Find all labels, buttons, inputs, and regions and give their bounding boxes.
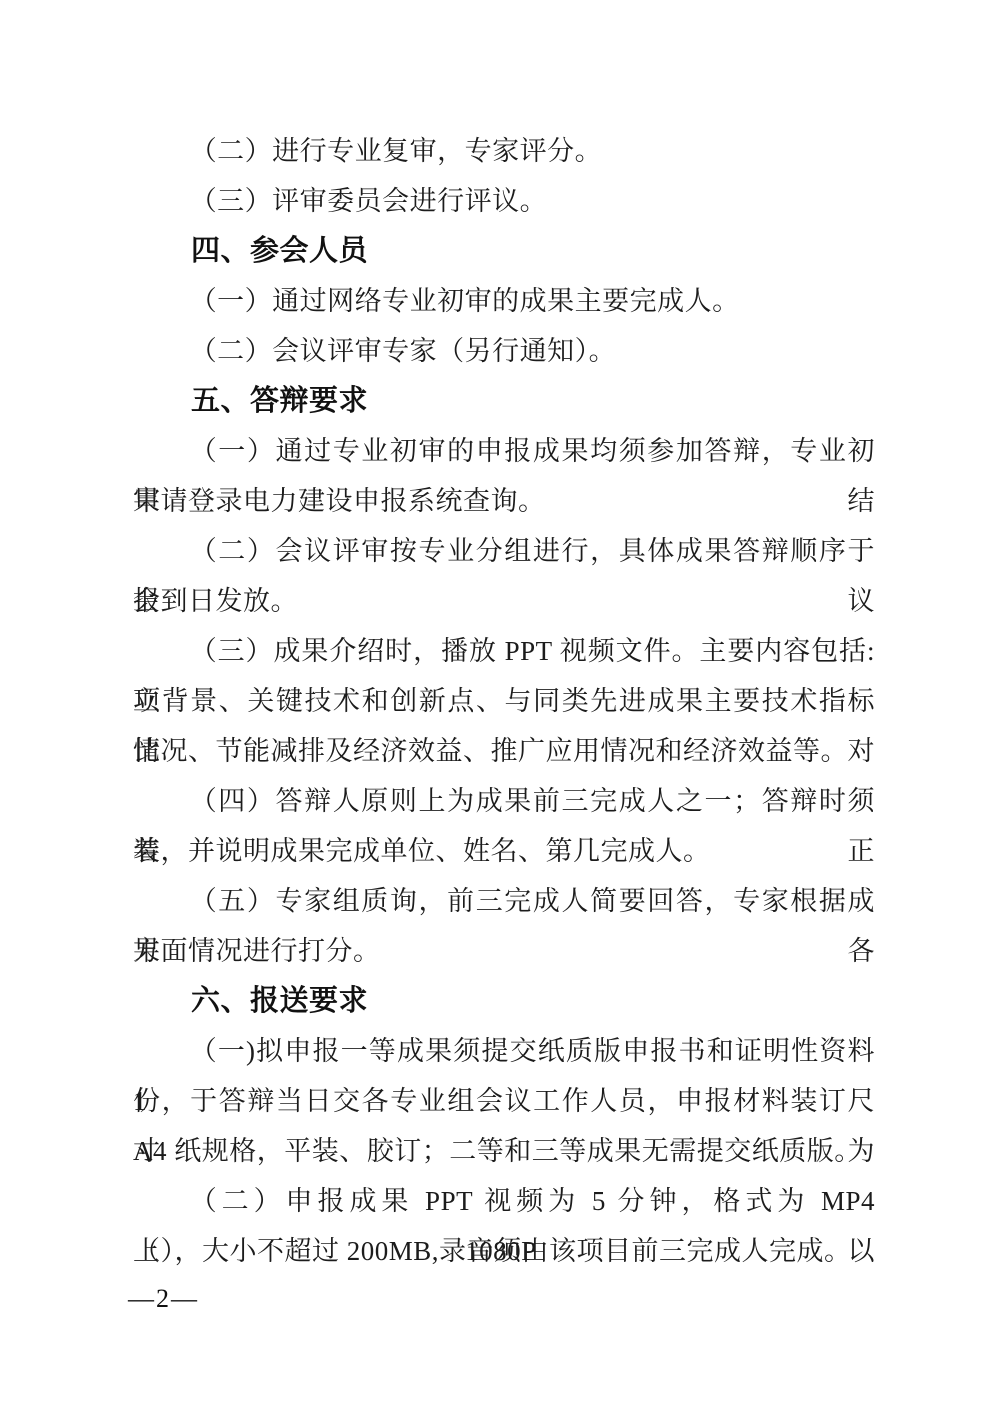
text-line: （二）申报成果 PPT 视频为 5 分钟，格式为 MP4（1080P 以 xyxy=(133,1176,875,1226)
section-heading-defense-requirements: 五、答辩要求 xyxy=(133,376,875,426)
document-body: （二）进行专业复审，专家评分。 （三）评审委员会进行评议。 四、参会人员 （一）… xyxy=(133,126,875,1276)
section-heading-submission-requirements: 六、报送要求 xyxy=(133,976,875,1026)
text-line: （三）评审委员会进行评议。 xyxy=(133,176,875,226)
page-number: —2— xyxy=(128,1283,199,1315)
text-line: （一）通过专业初审的申报成果均须参加答辩，专业初审结 xyxy=(133,426,875,476)
text-line: 份，于答辩当日交各专业组会议工作人员，申报材料装订尺寸为 xyxy=(133,1076,875,1126)
text-line: （一）通过网络专业初审的成果主要完成人。 xyxy=(133,276,875,326)
text-line: （二）进行专业复审，专家评分。 xyxy=(133,126,875,176)
document-page: （二）进行专业复审，专家评分。 （三）评审委员会进行评议。 四、参会人员 （一）… xyxy=(0,0,992,1403)
text-line: （五）专家组质询，前三完成人简要回答，专家根据成果各 xyxy=(133,876,875,926)
text-line: A4 纸规格，平装、胶订；二等和三等成果无需提交纸质版。 xyxy=(133,1126,875,1176)
section-heading-participants: 四、参会人员 xyxy=(133,226,875,276)
text-line: （一)拟申报一等成果须提交纸质版申报书和证明性资料 1 xyxy=(133,1026,875,1076)
text-line: （二）会议评审按专业分组进行，具体成果答辩顺序于会议 xyxy=(133,526,875,576)
text-line: 项背景、关键技术和创新点、与同类先进成果主要技术指标比对 xyxy=(133,676,875,726)
text-line: 情况、节能减排及经济效益、推广应用情况和经济效益等。 xyxy=(133,726,875,776)
text-line: （三）成果介绍时，播放 PPT 视频文件。主要内容包括: 立 xyxy=(133,626,875,676)
text-line: （二）会议评审专家（另行通知）。 xyxy=(133,326,875,376)
text-line: （四）答辩人原则上为成果前三完成人之一；答辩时须着正 xyxy=(133,776,875,826)
text-line: 上），大小不超过 200MB,录音须由该项目前三完成人完成。 xyxy=(133,1226,875,1276)
